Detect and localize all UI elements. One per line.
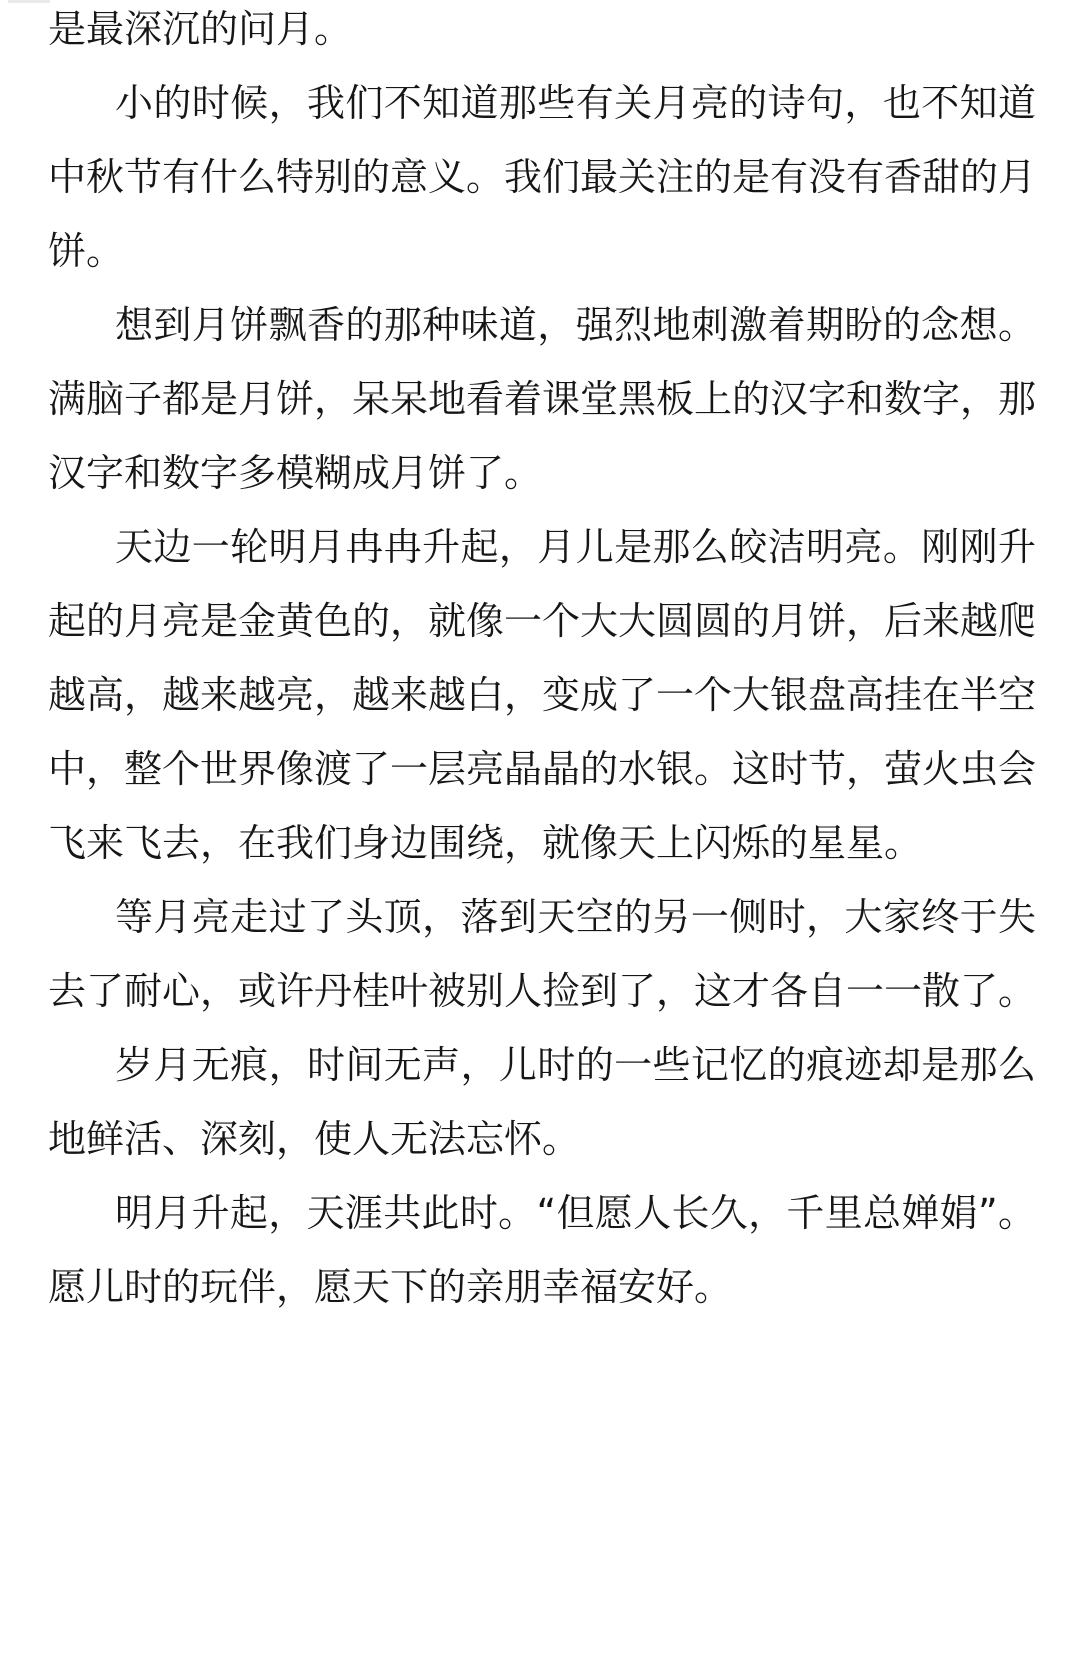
essay-body: 是最深沉的问月。小的时候，我们不知道那些有关月亮的诗句，也不知道中秋节有什么特别… xyxy=(48,0,1036,1324)
paragraph-4: 天边一轮明月冉冉升起，月儿是那么皎洁明亮。刚刚升起的月亮是金黄色的，就像一个大大… xyxy=(48,510,1036,880)
paragraph-5: 等月亮走过了头顶，落到天空的另一侧时，大家终于失去了耐心，或许丹桂叶被别人捡到了… xyxy=(48,880,1036,1028)
paragraph-1: 是最深沉的问月。 xyxy=(48,0,1036,66)
scan-artifact-top-edge xyxy=(8,0,50,3)
paragraph-3: 想到月饼飘香的那种味道，强烈地刺激着期盼的念想。满脑子都是月饼，呆呆地看着课堂黑… xyxy=(48,288,1036,510)
paragraph-2: 小的时候，我们不知道那些有关月亮的诗句，也不知道中秋节有什么特别的意义。我们最关… xyxy=(48,66,1036,288)
paragraph-7: 明月升起，天涯共此时。“但愿人长久，千里总婵娟”。愿儿时的玩伴，愿天下的亲朋幸福… xyxy=(48,1176,1036,1324)
document-page: 是最深沉的问月。小的时候，我们不知道那些有关月亮的诗句，也不知道中秋节有什么特别… xyxy=(0,0,1080,1653)
paragraph-6: 岁月无痕，时间无声，儿时的一些记忆的痕迹却是那么地鲜活、深刻，使人无法忘怀。 xyxy=(48,1028,1036,1176)
